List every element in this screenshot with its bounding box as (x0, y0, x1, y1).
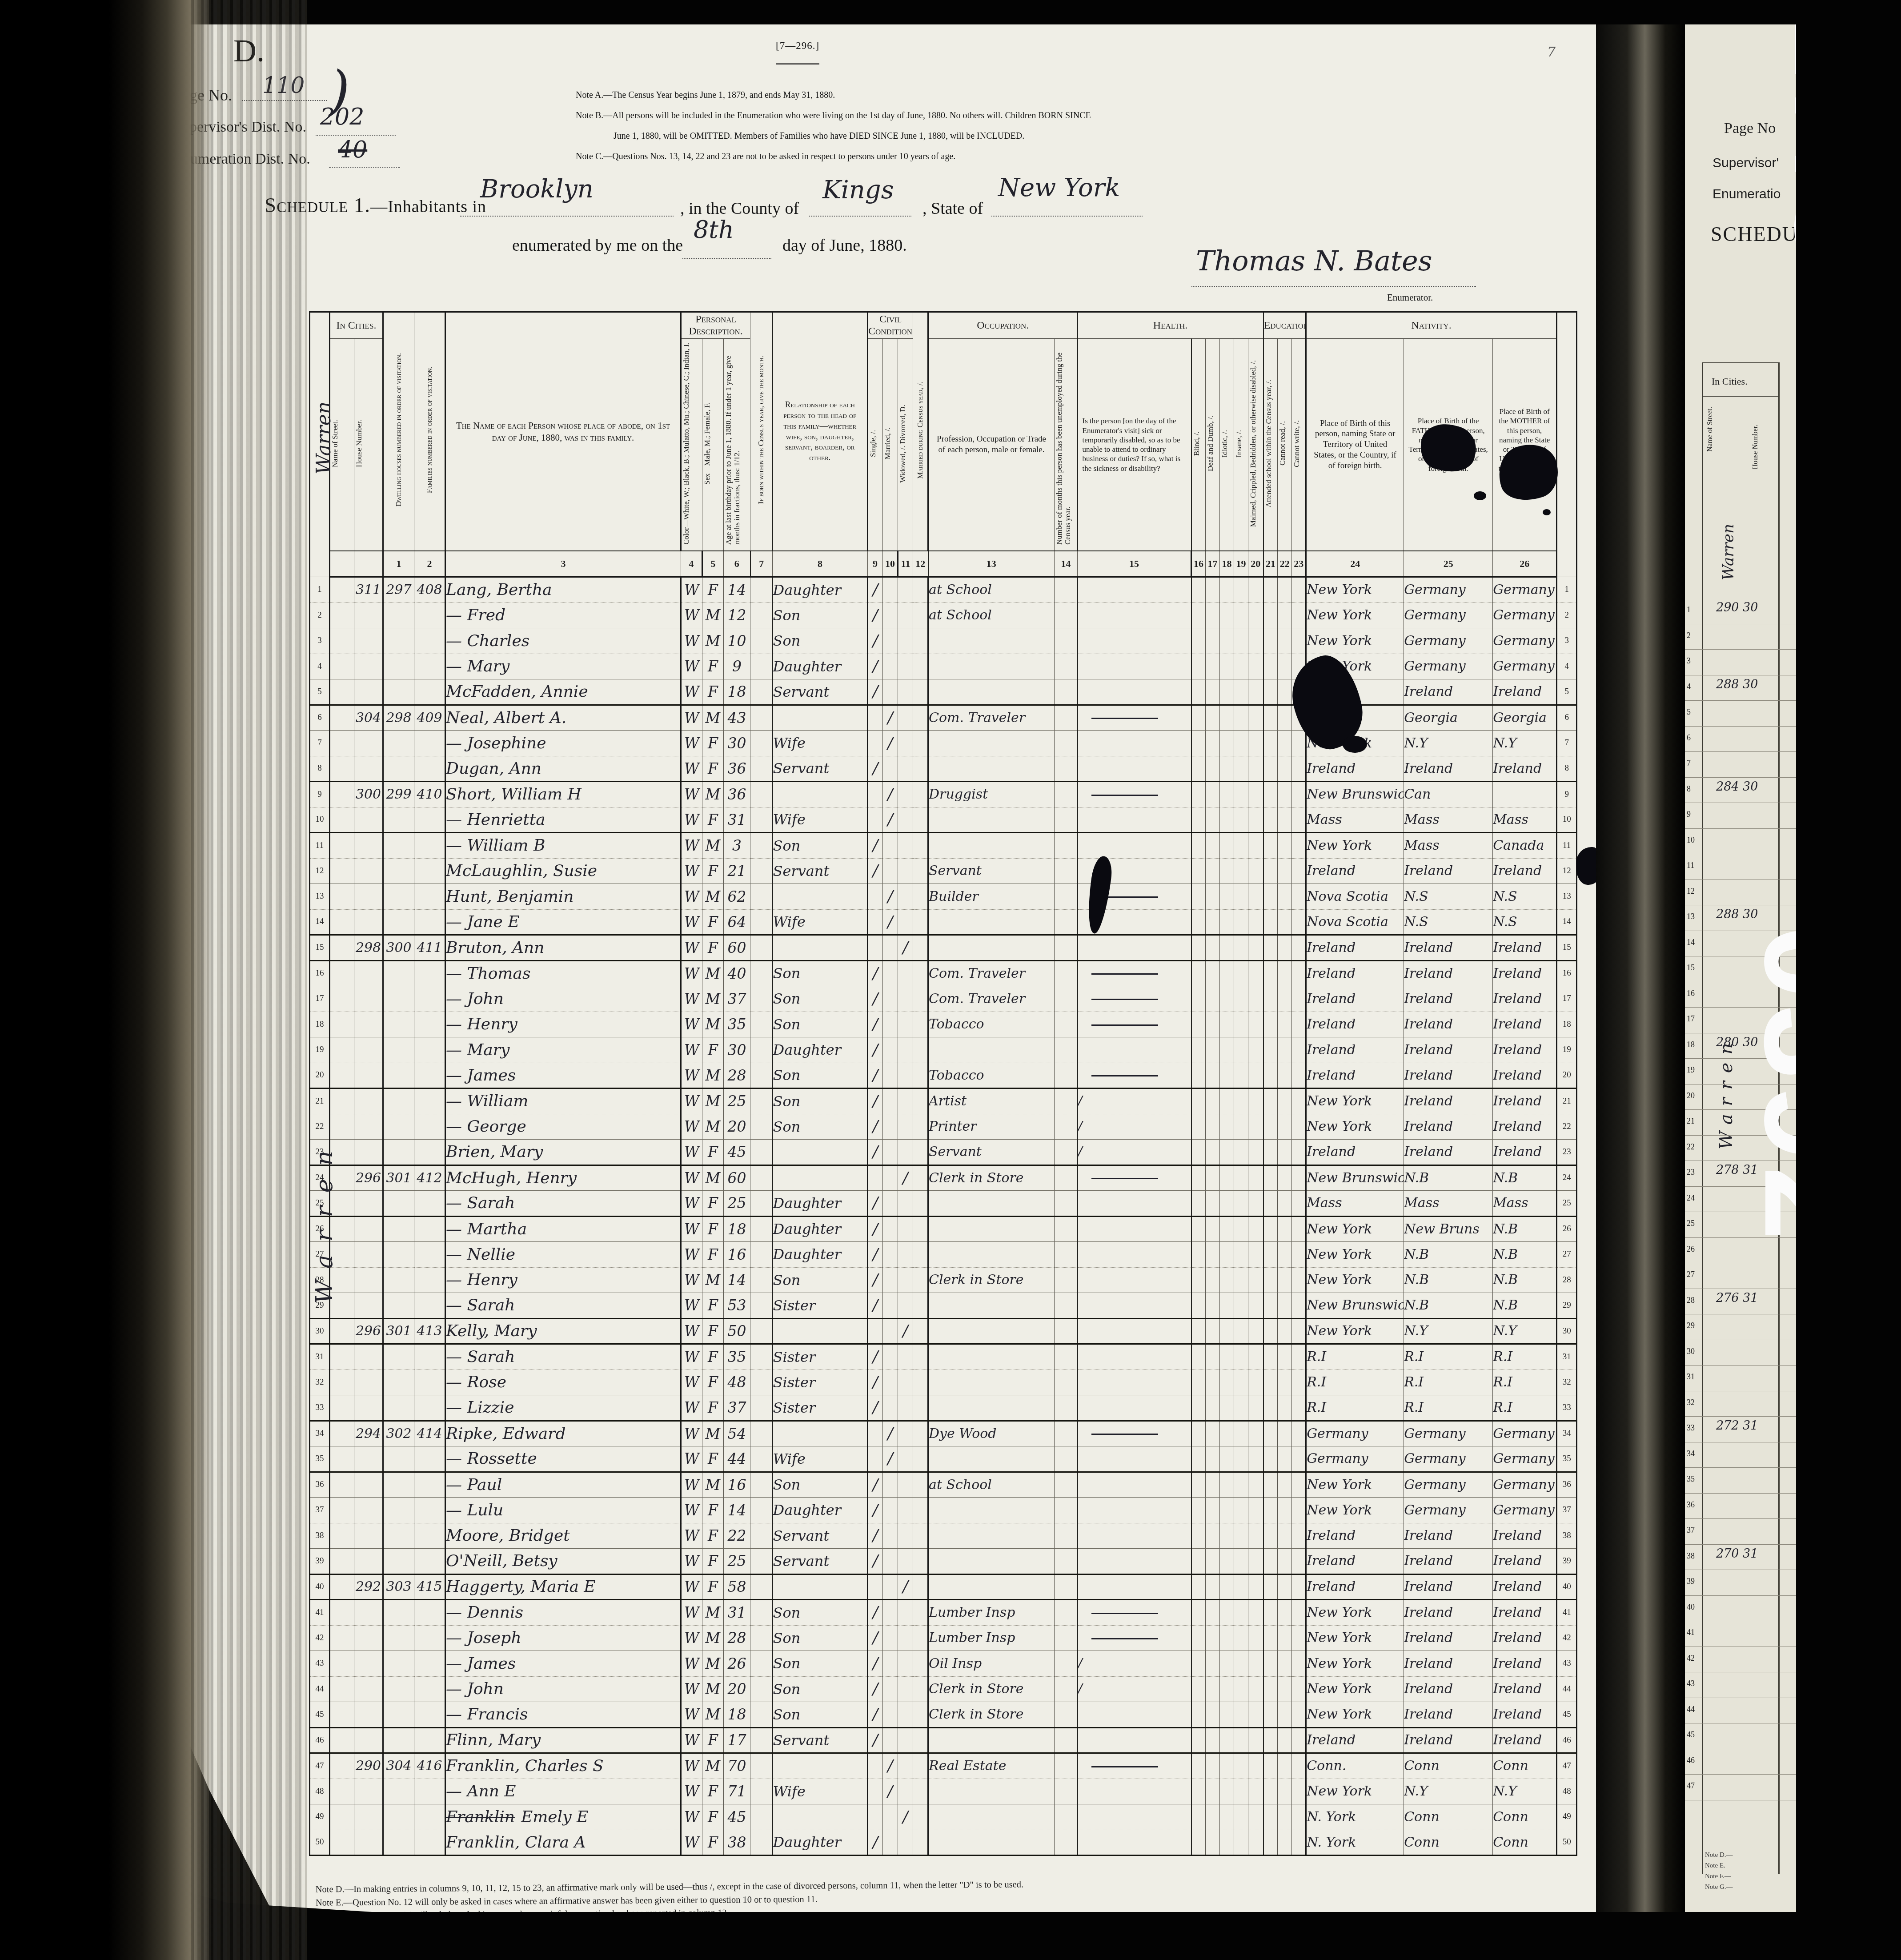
sickness-value (1078, 756, 1191, 782)
cannot-write-mark (1292, 1088, 1306, 1114)
row-number-right: 46 (1557, 1727, 1577, 1753)
family-number (414, 1651, 445, 1677)
house-number (354, 1625, 383, 1651)
school-mark (1263, 935, 1278, 961)
sickness-label-cell: Is the person [on the day of the Enumera… (1078, 339, 1191, 551)
families-label-text: Families numbered in order of visitation… (425, 363, 435, 497)
census-row-50: 50Franklin, Clara AWF38Daughter/N. YorkC… (310, 1830, 1577, 1856)
house-number (354, 1012, 383, 1037)
idiotic-mark (1220, 1267, 1234, 1293)
occupation-value (928, 1779, 1055, 1804)
person-name: Franklin, Charles S (445, 1753, 681, 1779)
birth-month-value (750, 1625, 773, 1651)
family-number: 415 (414, 1574, 445, 1600)
family-number (414, 654, 445, 679)
sickness-value: / (1078, 1140, 1191, 1165)
sex-value: M (702, 1753, 724, 1779)
person-name: — Henry (445, 1267, 681, 1293)
birthplace-father: Mass (1404, 1191, 1493, 1217)
blind-mark (1191, 1676, 1206, 1702)
unemployed-months-value (1055, 1676, 1078, 1702)
enumerated-label: enumerated by me on the (512, 236, 683, 255)
maimed-mark (1248, 1063, 1263, 1088)
birthplace-person: Ireland (1306, 756, 1404, 782)
married-mark (883, 986, 898, 1012)
age-value: 20 (724, 1114, 750, 1140)
census-row-36: 36— PaulWM16Son/at SchoolNew YorkGermany… (310, 1472, 1577, 1498)
census-row-2: 2— FredWM12Son/at SchoolNew YorkGermanyG… (310, 602, 1577, 628)
birthplace-father: Germany (1404, 1446, 1493, 1472)
school-mark (1263, 1165, 1278, 1191)
census-row-49: 49FranklinEmely EWF45/N. YorkConnConn49 (310, 1804, 1577, 1830)
sex-value: F (702, 1037, 724, 1063)
birthplace-person: New York (1306, 1088, 1404, 1114)
row-number-right: 18 (1557, 1012, 1577, 1037)
side-row-number: 33 (1687, 1423, 1695, 1433)
census-row-21: 21— WilliamWM25Son/Artist/New YorkIrelan… (310, 1088, 1577, 1114)
unemployed-months-value (1055, 858, 1078, 884)
blind-mark (1191, 1063, 1206, 1088)
deaf-mark (1206, 1523, 1220, 1549)
cannot-read-mark (1278, 1472, 1292, 1498)
birthplace-person: New York (1306, 1625, 1404, 1651)
birth-month-value (750, 1804, 773, 1830)
row-number-right: 15 (1557, 935, 1577, 961)
married-mark (883, 1549, 898, 1574)
widowed-mark (898, 628, 913, 654)
birthplace-person: R.I (1306, 1344, 1404, 1370)
birthplace-person: Ireland (1306, 858, 1404, 884)
cannot-write-mark (1292, 1830, 1306, 1856)
sex-value: F (702, 1344, 724, 1370)
row-number-left: 43 (310, 1651, 330, 1677)
house-number (354, 1600, 383, 1626)
sickness-value (1078, 1063, 1191, 1088)
house-number (354, 1344, 383, 1370)
column-number-3: 3 (445, 551, 681, 577)
side-row-number: 9 (1687, 810, 1691, 819)
street-cell (330, 1600, 354, 1626)
house-number: 296 (354, 1165, 383, 1191)
age-value: 35 (724, 1012, 750, 1037)
blind-mark (1191, 1370, 1206, 1395)
birthplace-father: Germany (1404, 628, 1493, 654)
birthplace-mother: R.I (1493, 1370, 1557, 1395)
birthplace-mother: Ireland (1493, 1600, 1557, 1626)
deaf-mark (1206, 1549, 1220, 1574)
school-label-cell: Attended school within the Census year, … (1263, 339, 1278, 551)
birth-month-value (750, 1191, 773, 1217)
blind-mark (1191, 1727, 1206, 1753)
census-row-38: 38Moore, BridgetWF22Servant/IrelandIrela… (310, 1523, 1577, 1549)
blind-label-text: Blind, /. (1192, 428, 1202, 459)
maimed-mark (1248, 807, 1263, 833)
unemployed-months-value (1055, 1012, 1078, 1037)
side-bottom-notes: Note D.—Note E.—Note F.—Note G.— (1705, 1850, 1733, 1892)
maimed-mark (1248, 1600, 1263, 1626)
maimed-mark (1248, 1395, 1263, 1421)
school-mark (1263, 1344, 1278, 1370)
maimed-mark (1248, 1012, 1263, 1037)
family-number: 409 (414, 705, 445, 731)
family-number (414, 679, 445, 705)
single-mark (868, 1753, 883, 1779)
birth-month-value (750, 986, 773, 1012)
birth-month-value (750, 1727, 773, 1753)
occupation-value (928, 807, 1055, 833)
birthplace-person: New York (1306, 1242, 1404, 1268)
age-value: 54 (724, 1421, 750, 1446)
sex-value: M (702, 1472, 724, 1498)
family-number: 416 (414, 1753, 445, 1779)
deaf-mark (1206, 1625, 1220, 1651)
married-year-mark (913, 1625, 928, 1651)
relationship-value: Wife (773, 807, 868, 833)
birthplace-mother: R.I (1493, 1395, 1557, 1421)
maimed-mark (1248, 1216, 1263, 1242)
idiotic-mark (1220, 1063, 1234, 1088)
cannot-write-mark (1292, 1498, 1306, 1523)
relationship-value: Daughter (773, 1830, 868, 1856)
side-street-label-text: Name of Street. (1706, 407, 1714, 452)
occupation-value (928, 679, 1055, 705)
deaf-mark (1206, 756, 1220, 782)
deaf-mark (1206, 1498, 1220, 1523)
age-value: 62 (724, 884, 750, 910)
dwelling-number (383, 960, 414, 986)
birthplace-father: R.I (1404, 1370, 1493, 1395)
color-value: W (681, 1523, 702, 1549)
birthplace-person: New Brunswick (1306, 1293, 1404, 1319)
idiotic-mark (1220, 679, 1234, 705)
cannot-write-mark (1292, 1063, 1306, 1088)
person-name: — Paul (445, 1472, 681, 1498)
street-cell (330, 1676, 354, 1702)
sickness-value (1078, 1830, 1191, 1856)
sickness-value (1078, 986, 1191, 1012)
birthplace-mother: Ireland (1493, 1676, 1557, 1702)
widowed-mark (898, 782, 913, 807)
married-year-mark (913, 909, 928, 935)
married-mark (883, 858, 898, 884)
sex-value: M (702, 960, 724, 986)
house-number (354, 602, 383, 628)
col7-month-label: If born within the Census year, give the… (750, 312, 773, 551)
cannot-read-mark (1278, 1676, 1292, 1702)
married-mark (883, 577, 898, 603)
maimed-label-cell: Maimed, Crippled, Bedridden, or otherwis… (1248, 339, 1263, 551)
single-mark (868, 1318, 883, 1344)
married-mark (883, 1498, 898, 1523)
married-year-mark (913, 1676, 928, 1702)
birthplace-father: Germany (1404, 1498, 1493, 1523)
side-row-number: 40 (1687, 1603, 1695, 1612)
married-year-mark (913, 1574, 928, 1600)
side-table-top (1702, 362, 1778, 363)
single-mark: / (868, 1293, 883, 1319)
person-name: — Martha (445, 1216, 681, 1242)
married-mark (883, 1165, 898, 1191)
house-number: 296 (354, 1318, 383, 1344)
sickness-value (1078, 833, 1191, 859)
row-number-left: 9 (310, 782, 330, 807)
color-value: W (681, 577, 702, 603)
row-number-left: 12 (310, 858, 330, 884)
family-number (414, 628, 445, 654)
unemployed-months-value (1055, 679, 1078, 705)
birth-month-value (750, 1421, 773, 1446)
side-row-6: 6 (1685, 726, 1796, 752)
row-number-left: 1 (310, 577, 330, 603)
dwelling-number (383, 884, 414, 910)
relationship-value: Son (773, 833, 868, 859)
cannot-write-mark (1292, 577, 1306, 603)
sex-value: F (702, 1804, 724, 1830)
maimed-mark (1248, 679, 1263, 705)
family-number (414, 1676, 445, 1702)
birth-month-value (750, 1574, 773, 1600)
school-mark (1263, 1804, 1278, 1830)
family-number (414, 1727, 445, 1753)
color-value: W (681, 1088, 702, 1114)
side-row-47: 47 (1685, 1774, 1796, 1800)
color-value: W (681, 1804, 702, 1830)
birth-month-value (750, 1370, 773, 1395)
occupation-value: Dye Wood (928, 1421, 1055, 1446)
side-note: Note F.— (1705, 1871, 1733, 1882)
idiotic-mark (1220, 1114, 1234, 1140)
form-number: [7—296.] (776, 40, 819, 64)
insane-mark (1234, 1140, 1248, 1165)
birth-month-value (750, 577, 773, 603)
cannot-write-mark (1292, 909, 1306, 935)
age-value: 25 (724, 1088, 750, 1114)
dwelling-number (383, 1395, 414, 1421)
birthplace-mother: Conn (1493, 1804, 1557, 1830)
occupation-value: Builder (928, 884, 1055, 910)
single-mark: / (868, 1523, 883, 1549)
dwelling-number (383, 1293, 414, 1319)
birth-month-value (750, 628, 773, 654)
col12-married-year-label: Married during Census year, /. (913, 312, 928, 551)
family-number: 411 (414, 935, 445, 961)
school-mark (1263, 1114, 1278, 1140)
sickness-value (1078, 1191, 1191, 1217)
sex-value: M (702, 1676, 724, 1702)
column-number-25: 25 (1404, 551, 1493, 577)
sex-value: F (702, 679, 724, 705)
married-year-mark (913, 1191, 928, 1217)
blind-mark (1191, 1088, 1206, 1114)
column-number-19: 19 (1234, 551, 1248, 577)
cannot-write-mark (1292, 1318, 1306, 1344)
sickness-value (1078, 577, 1191, 603)
widowed-mark: / (898, 1574, 913, 1600)
sex-value: F (702, 1574, 724, 1600)
dwelling-number (383, 1242, 414, 1268)
book-gutter (1596, 0, 1685, 1960)
idiotic-mark (1220, 756, 1234, 782)
house-number (354, 1549, 383, 1574)
sickness-value (1078, 679, 1191, 705)
house-number (354, 960, 383, 986)
cannot-write-mark (1292, 782, 1306, 807)
maimed-mark (1248, 960, 1263, 986)
sex-value: F (702, 1242, 724, 1268)
dwelling-number (383, 1114, 414, 1140)
side-row-number: 12 (1687, 887, 1695, 896)
row-number-left: 49 (310, 1804, 330, 1830)
school-mark (1263, 1753, 1278, 1779)
cannot-read-mark (1278, 1344, 1292, 1370)
birthplace-father: Ireland (1404, 1523, 1493, 1549)
blind-mark (1191, 1395, 1206, 1421)
married-mark (883, 1293, 898, 1319)
single-label-text: Single, /. (868, 426, 878, 461)
note-b-line1: Note B.—All persons will be included in … (576, 111, 1091, 121)
sickness-value (1078, 1421, 1191, 1446)
insane-mark (1234, 654, 1248, 679)
street-cell (330, 577, 354, 603)
unemployed-months-value (1055, 1191, 1078, 1217)
occupation-value (928, 1498, 1055, 1523)
side-row-fragment: 272 31 (1716, 1419, 1758, 1433)
row-number-left: 6 (310, 705, 330, 731)
cannot-write-mark (1292, 1267, 1306, 1293)
sex-value: M (702, 1421, 724, 1446)
column-number-13: 13 (928, 551, 1055, 577)
blind-label-cell: Blind, /. (1191, 339, 1206, 551)
married-mark: / (883, 1421, 898, 1446)
dwelling-number (383, 756, 414, 782)
insane-label-text: Insane, /. (1234, 426, 1244, 461)
birth-month-value (750, 654, 773, 679)
relationship-value: Sister (773, 1395, 868, 1421)
sex-value: F (702, 1216, 724, 1242)
column-number-16: 16 (1191, 551, 1206, 577)
single-label-cell: Single, /. (868, 339, 883, 551)
color-value: W (681, 782, 702, 807)
person-name: — James (445, 1063, 681, 1088)
side-note: Note G.— (1705, 1882, 1733, 1892)
insane-mark (1234, 1344, 1248, 1370)
widowed-mark (898, 1753, 913, 1779)
age-value: 9 (724, 654, 750, 679)
street-name-header-text: Warren (313, 336, 335, 540)
married-mark: / (883, 909, 898, 935)
family-number (414, 1702, 445, 1728)
married-year-mark (913, 756, 928, 782)
occupation-value (928, 1574, 1055, 1600)
census-row-11: 11— William BWM3Son/New YorkMassCanada11 (310, 833, 1577, 859)
married-year-mark (913, 1702, 928, 1728)
age-value: 14 (724, 577, 750, 603)
cannot-read-mark (1278, 1165, 1292, 1191)
widowed-mark (898, 1625, 913, 1651)
married-mark (883, 1702, 898, 1728)
sickness-value (1078, 1779, 1191, 1804)
side-row-12: 12 (1685, 880, 1796, 906)
insane-mark (1234, 782, 1248, 807)
birth-month-value (750, 1114, 773, 1140)
single-mark: / (868, 679, 883, 705)
side-row-number: 10 (1687, 835, 1695, 845)
married-mark: / (883, 1779, 898, 1804)
house-number (354, 807, 383, 833)
idiotic-mark (1220, 1600, 1234, 1626)
blind-mark (1191, 1625, 1206, 1651)
idiotic-mark (1220, 1727, 1234, 1753)
relationship-value (773, 1318, 868, 1344)
note-b-line2: June 1, 1880, will be OMITTED. Members o… (614, 131, 1024, 141)
person-name: Short, William H (445, 782, 681, 807)
idiotic-mark (1220, 1037, 1234, 1063)
cannot-read-mark (1278, 1651, 1292, 1677)
birthplace-father: Ireland (1404, 858, 1493, 884)
sickness-value (1078, 1727, 1191, 1753)
sex-value: F (702, 1779, 724, 1804)
married-year-mark (913, 1830, 928, 1856)
single-mark (868, 935, 883, 961)
birthplace-mother: Ireland (1493, 1114, 1557, 1140)
house-number (354, 1114, 383, 1140)
row-number-right: 41 (1557, 1600, 1577, 1626)
single-mark (868, 1574, 883, 1600)
census-row-15: 15298300411Bruton, AnnWF60/IrelandIrelan… (310, 935, 1577, 961)
married-year-mark (913, 1318, 928, 1344)
house-number (354, 1037, 383, 1063)
occupation-value (928, 1318, 1055, 1344)
sex-value: M (702, 884, 724, 910)
person-name: Franklin, Clara A (445, 1830, 681, 1856)
idiotic-mark (1220, 1165, 1234, 1191)
birthplace-person: New York (1306, 1651, 1404, 1677)
insane-mark (1234, 731, 1248, 756)
color-value: W (681, 1651, 702, 1677)
birthplace-father: Ireland (1404, 1727, 1493, 1753)
birthplace-person: New York (1306, 1114, 1404, 1140)
single-mark: / (868, 1395, 883, 1421)
maimed-mark (1248, 858, 1263, 884)
side-row-number: 37 (1687, 1526, 1695, 1535)
sex-value: M (702, 1600, 724, 1626)
street-name-header: Warren (310, 336, 337, 549)
birthplace-mother: N.B (1493, 1165, 1557, 1191)
married-mark (883, 756, 898, 782)
color-value: W (681, 833, 702, 859)
age-value: 16 (724, 1472, 750, 1498)
side-row-37: 37 (1685, 1518, 1796, 1545)
married-year-mark (913, 1472, 928, 1498)
birthplace-father: N.B (1404, 1267, 1493, 1293)
side-row-32: 32 (1685, 1391, 1796, 1417)
person-name: — Lizzie (445, 1395, 681, 1421)
sex-value: F (702, 858, 724, 884)
birthplace-person: New York (1306, 833, 1404, 859)
house-number (354, 1498, 383, 1523)
single-mark: / (868, 577, 883, 603)
blind-mark (1191, 833, 1206, 859)
person-name: Dugan, Ann (445, 756, 681, 782)
insane-mark (1234, 1830, 1248, 1856)
color-value: W (681, 1625, 702, 1651)
sex-value: F (702, 654, 724, 679)
unemployed-months-value (1055, 782, 1078, 807)
street-cell (330, 833, 354, 859)
occupation-value (928, 1242, 1055, 1268)
row-number-right: 24 (1557, 1165, 1577, 1191)
side-row-number: 13 (1687, 912, 1695, 921)
